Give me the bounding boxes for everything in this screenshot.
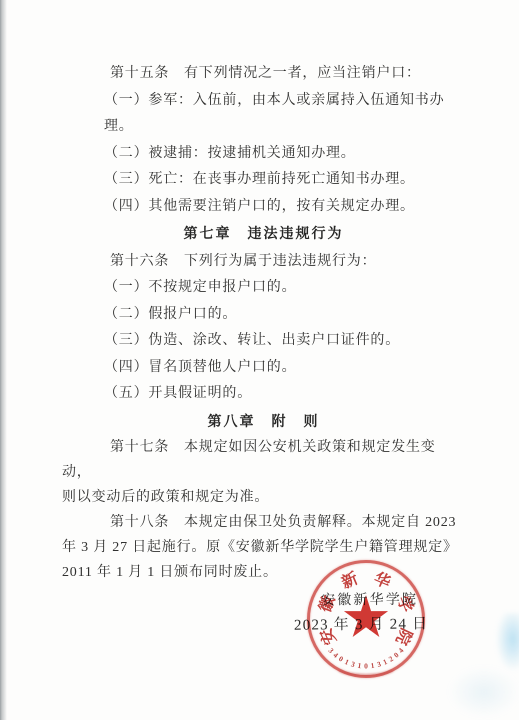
document-body: 第十五条 有下列情况之一者，应当注销户口： （一）参军：入伍前，由本人或亲属持入… — [62, 61, 465, 585]
scan-smudge-faint — [448, 666, 519, 718]
scan-smudge-blue — [496, 613, 519, 671]
article-18-line-1: 第十八条 本规定由保卫处负责解释。本规定自 2023 — [62, 510, 465, 535]
scan-edge-shadow — [0, 0, 7, 720]
article-16-item-1: （一）不按规定申报户口的。 — [62, 275, 465, 302]
article-16-item-4: （四）冒名顶替他人户口的。 — [62, 355, 465, 382]
article-15-item-2: （二）被逮捕：按逮捕机关通知办理。 — [62, 141, 465, 168]
chapter-8-heading: 第八章 附 则 — [62, 410, 465, 435]
article-18-line-2: 年 3 月 27 日起施行。原《安徽新华学院学生户籍管理规定》 — [62, 535, 465, 560]
article-16-intro: 第十六条 下列行为属于违法违规行为： — [62, 249, 465, 276]
article-15-item-3: （三）死亡：在丧事办理前持死亡通知书办理。 — [62, 167, 465, 194]
article-15-intro: 第十五条 有下列情况之一者，应当注销户口： — [62, 61, 465, 88]
article-15-item-4: （四）其他需要注销户口的，按有关规定办理。 — [62, 194, 465, 221]
article-16-item-2: （二）假报户口的。 — [62, 302, 465, 329]
article-16-item-3: （三）伪造、涂改、转让、出卖户口证件的。 — [62, 328, 465, 355]
signature-date: 2023 年 3 月 24 日 — [294, 612, 428, 634]
chapter-7-heading: 第七章 违法违规行为 — [62, 222, 465, 249]
article-16-item-5: （五）开具假证明的。 — [62, 381, 465, 408]
scanned-document-page: 第十五条 有下列情况之一者，应当注销户口： （一）参军：入伍前，由本人或亲属持入… — [0, 0, 519, 720]
article-17-line-2: 则以变动后的政策和规定为准。 — [62, 485, 465, 510]
signature-organization: 安徽新华学院 — [321, 589, 418, 610]
article-15-item-1: （一）参军：入伍前，由本人或亲属持入伍通知书办理。 — [62, 88, 465, 141]
seal-microtext-line — [334, 657, 398, 676]
article-17-line-1: 第十七条 本规定如因公安机关政策和规定发生变动， — [62, 435, 465, 485]
